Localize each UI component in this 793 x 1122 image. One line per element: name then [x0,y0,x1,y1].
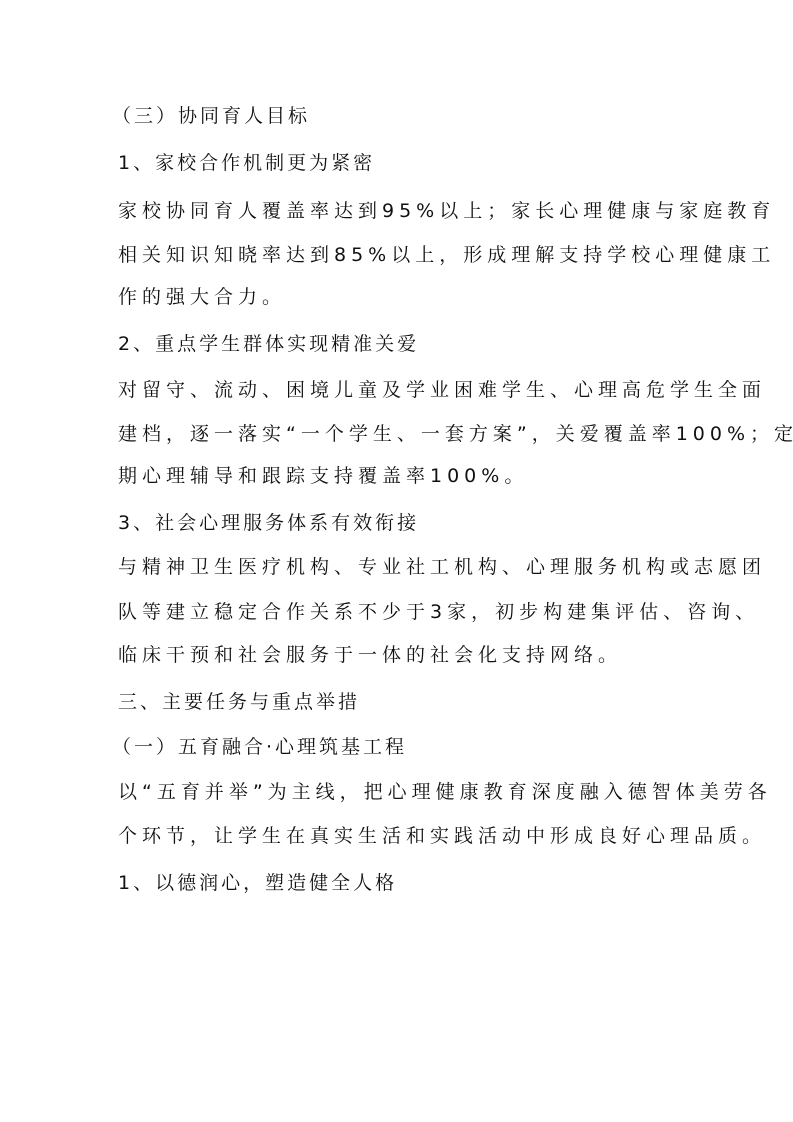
paragraph-line: 期心理辅导和跟踪支持覆盖率100%。 [118,464,528,488]
paragraph-line: 以“五育并举”为主线，把心理健康教育深度融入德智体美劳各 [118,780,772,804]
subheading-moral-education: 1、以德润心，塑造健全人格 [118,871,397,895]
paragraph-line: 对留守、流动、困境儿童及学业困难学生、心理高危学生全面 [118,378,766,402]
paragraph-line: 建档，逐一落实“一个学生、一套方案”，关爱覆盖率100%；定 [118,422,793,446]
section-heading-collaborative-goals: （三）协同育人目标 [112,104,310,128]
section-heading-main-tasks: 三、主要任务与重点举措 [118,690,360,714]
paragraph-line: 家校协同育人覆盖率达到95%以上；家长心理健康与家庭教育 [118,199,775,223]
paragraph-line: 队等建立稳定合作关系不少于3家，初步构建集评估、咨询、 [118,600,759,624]
subheading-social-services: 3、社会心理服务体系有效衔接 [118,511,419,535]
paragraph-line: 与精神卫生医疗机构、专业社工机构、心理服务机构或志愿团 [118,555,766,579]
paragraph-line: 临床干预和社会服务于一体的社会化支持网络。 [118,643,622,667]
paragraph-line: 个环节，让学生在真实生活和实践活动中形成良好心理品质。 [118,824,766,848]
subheading-home-school: 1、家校合作机制更为紧密 [118,151,375,175]
section-heading-five-education: （一）五育融合·心理筑基工程 [112,735,407,759]
subheading-key-students: 2、重点学生群体实现精准关爱 [118,332,419,356]
paragraph-line: 作的强大合力。 [118,285,286,309]
paragraph-line: 相关知识知晓率达到85%以上，形成理解支持学校心理健康工 [118,243,775,267]
